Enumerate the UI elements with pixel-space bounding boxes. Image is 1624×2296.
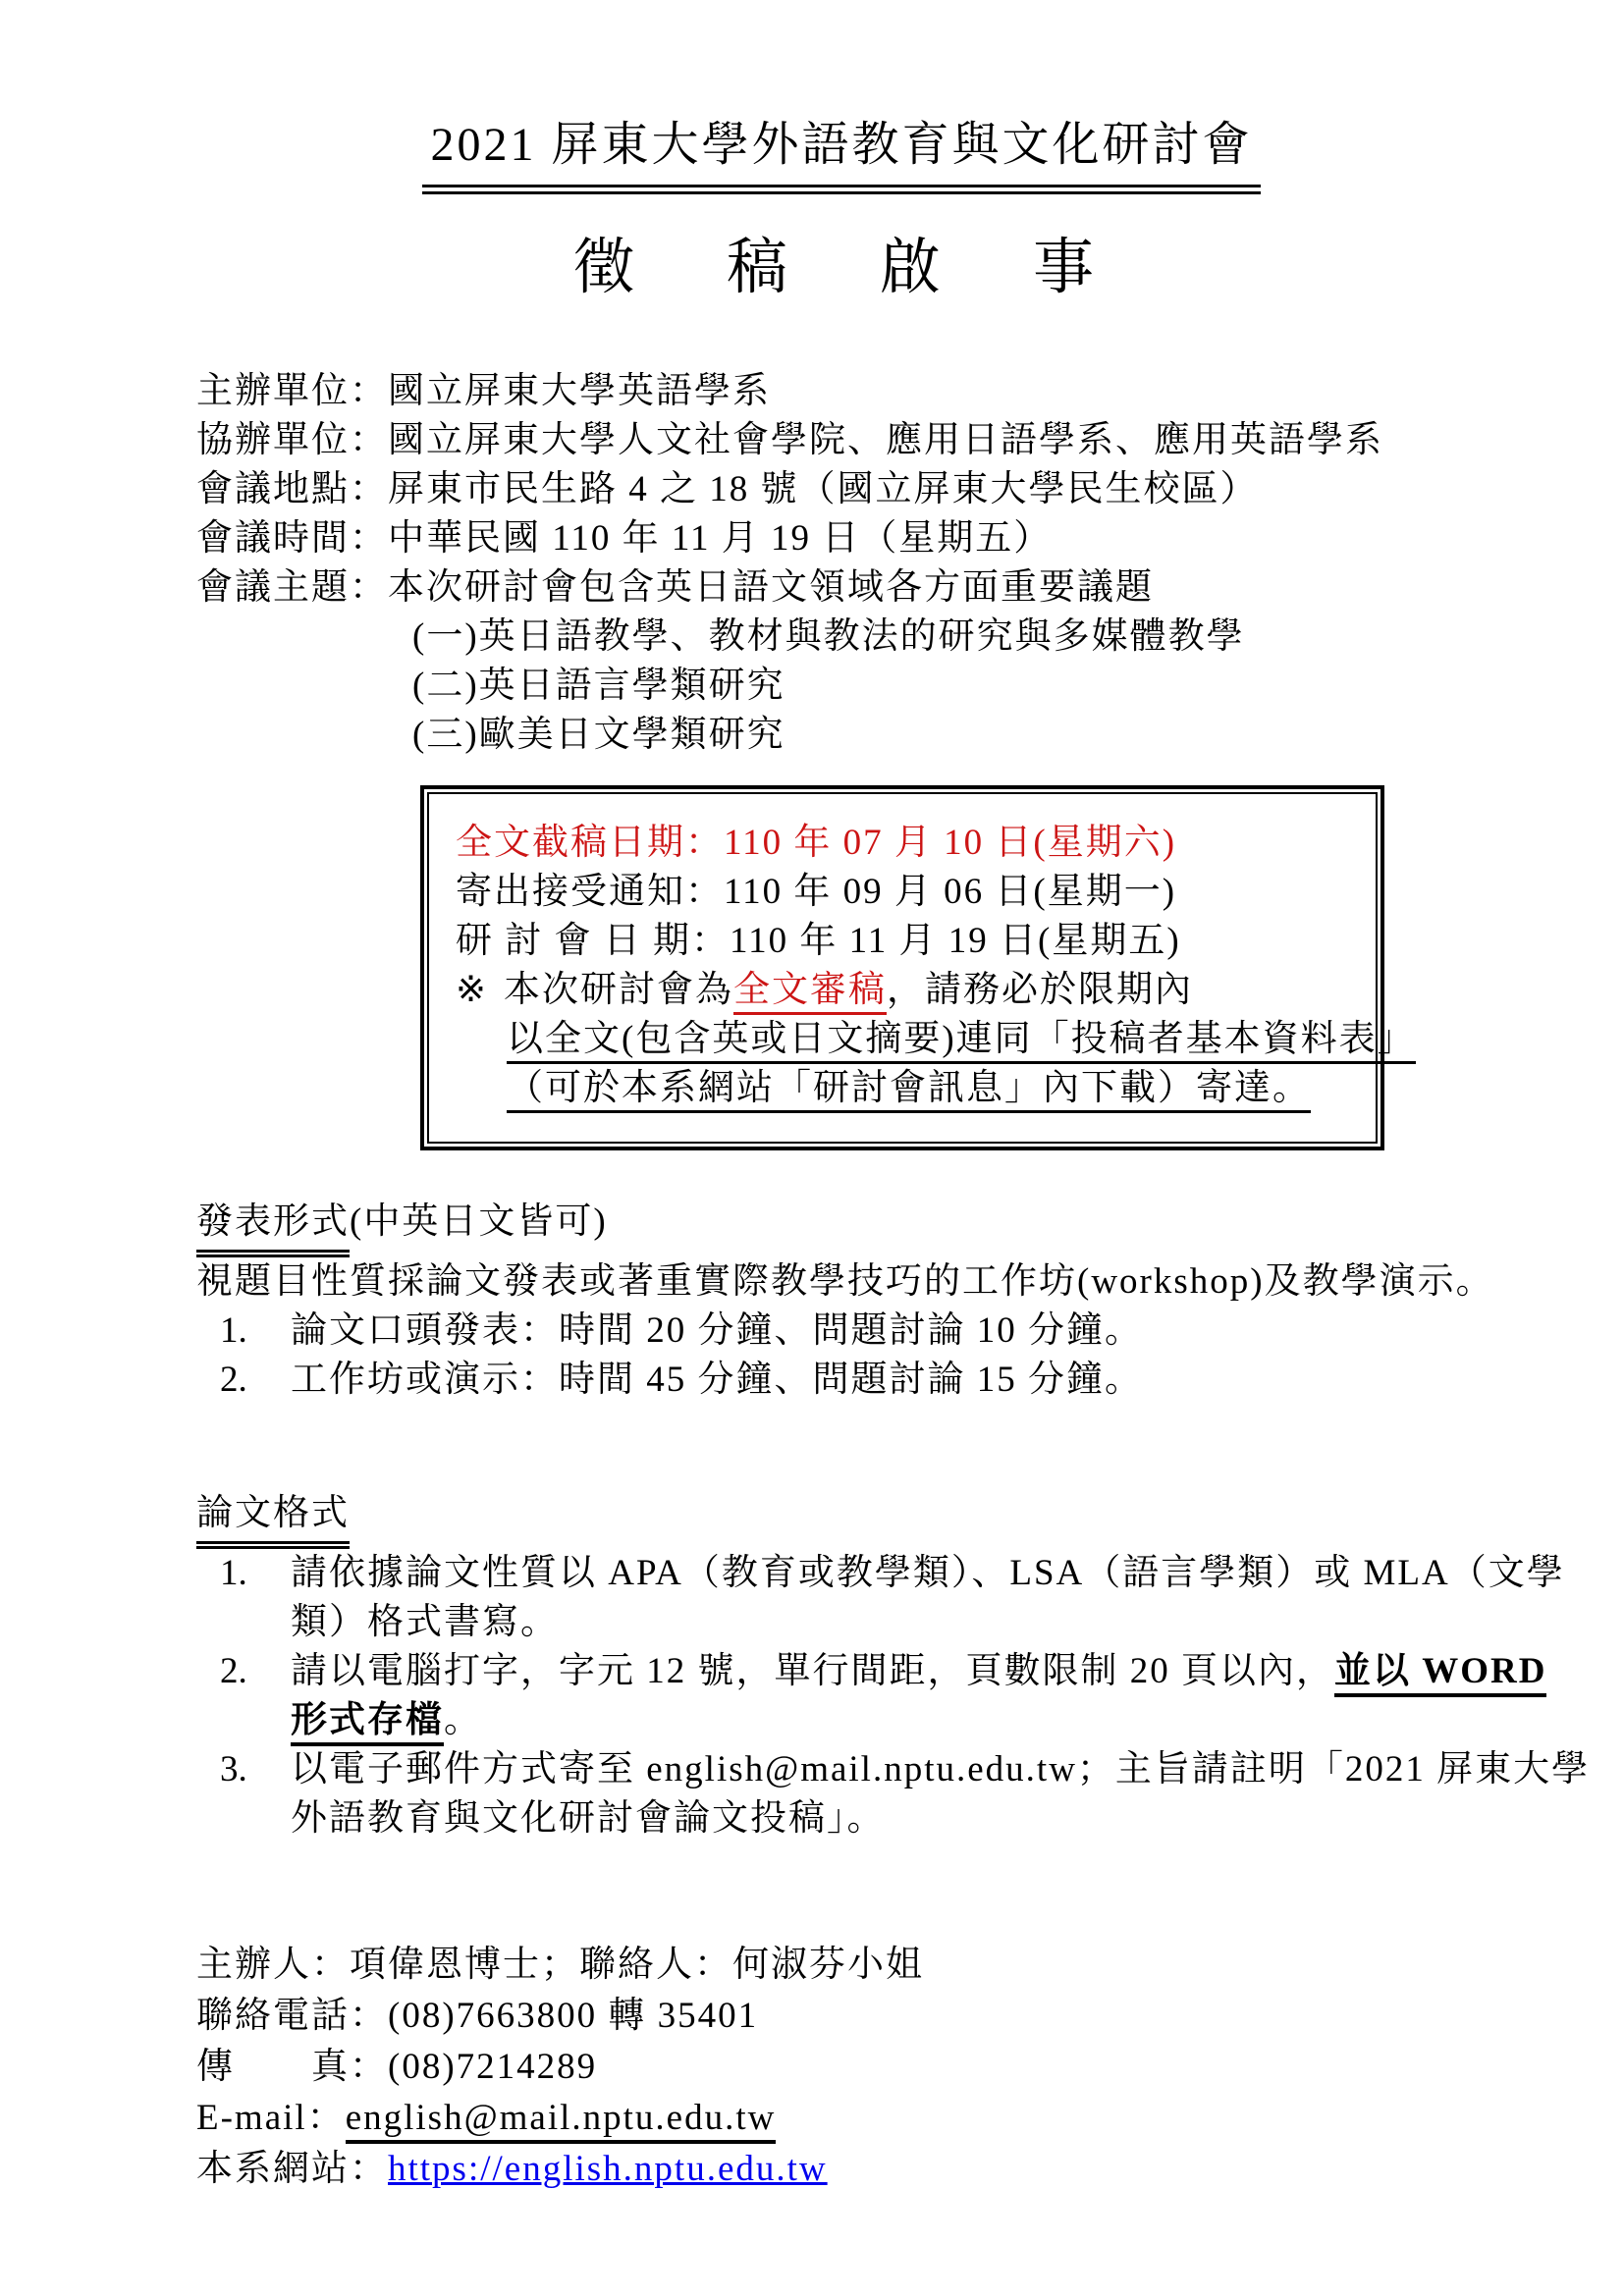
email-label: E-mail： [196,2098,346,2138]
topic-item-1: (一)英日語教學、教材與教法的研究與多媒體教學 [196,613,1487,662]
item2-normal-text: 請以電腦打字，字元 12 號，單行間距，頁數限制 20 頁以內， [291,1651,1334,1691]
department-website-link[interactable]: https://english.nptu.edu.tw [388,2149,828,2189]
list-item: 3. 以電子郵件方式寄至 english@mail.nptu.edu.tw；主旨… [196,1745,1487,1843]
paper-format-heading: 論文格式 [196,1489,1487,1549]
presentation-format-intro: 視題目性質採論文發表或著重實際教學技巧的工作坊(workshop)及教學演示。 [196,1257,1487,1307]
review-note-line-2: 以全文(包含英或日文摘要)連同「投稿者基本資料表」 [456,1015,1351,1064]
page-title: 2021 屏東大學外語教育與文化研討會 [196,116,1487,194]
info-line-co-organizer-unit: 協辦單位：國立屏東大學人文社會學院、應用日語學系、應用英語學系 [196,416,1487,465]
reference-mark-icon: ※ [456,970,488,1010]
contact-section: 主辦人：項偉恩博士；聯絡人：何淑芬小姐 聯絡電話：(08)7663800 轉 3… [196,1940,1487,2195]
paper-format-heading-text: 論文格式 [196,1489,350,1549]
list-number: 1. [196,1307,291,1356]
review-note-line-3: （可於本系網站「研討會訊息」內下載）寄達。 [456,1064,1351,1113]
list-item-line: 請依據論文性質以 APA（教育或教學類）、LSA（語言學類）或 MLA（文學 [291,1549,1565,1598]
paper-format-section: 論文格式 1. 請依據論文性質以 APA（教育或教學類）、LSA（語言學類）或 … [196,1489,1487,1843]
deadline-line-conference-date: 研 討 會 日 期：110 年 11 月 19 日(星期五) [456,917,1351,966]
deadline-line-acceptance-notice: 寄出接受通知：110 年 09 月 06 日(星期一) [456,868,1351,917]
item2-bold-word-requirement: 並以 WORD [1334,1651,1546,1697]
deadline-box: 全文截稿日期：110 年 07 月 10 日(星期六) 寄出接受通知：110 年… [420,785,1384,1150]
info-line-organizer-unit: 主辦單位：國立屏東大學英語學系 [196,367,1487,416]
page-subtitle: 徵 稿 啟 事 [196,230,1487,306]
list-item-text: 工作坊或演示：時間 45 分鐘、問題討論 15 分鐘。 [291,1356,1487,1405]
list-item: 1. 請依據論文性質以 APA（教育或教學類）、LSA（語言學類）或 MLA（文… [196,1549,1487,1647]
list-item-text: 請依據論文性質以 APA（教育或教學類）、LSA（語言學類）或 MLA（文學 類… [291,1549,1565,1647]
list-item: 1. 論文口頭發表：時間 20 分鐘、問題討論 10 分鐘。 [196,1307,1487,1356]
presentation-format-heading: 發表形式(中英日文皆可) [196,1198,1487,1257]
list-item-line: 外語教育與文化研討會論文投稿」。 [291,1794,1590,1843]
list-number: 3. [196,1745,291,1843]
info-line-date: 會議時間：中華民國 110 年 11 月 19 日（星期五） [196,514,1487,563]
contact-line-phone: 聯絡電話：(08)7663800 轉 35401 [196,1991,1487,2042]
presentation-format-heading-suffix: (中英日文皆可) [350,1201,608,1242]
review-note-line-1: ※本次研討會為全文審稿，請務必於限期內 [456,966,1351,1015]
website-label: 本系網站： [196,2149,388,2189]
list-item: 2. 工作坊或演示：時間 45 分鐘、問題討論 15 分鐘。 [196,1356,1487,1405]
list-item: 2. 請以電腦打字，字元 12 號，單行間距，頁數限制 20 頁以內，並以 WO… [196,1647,1487,1745]
topic-item-2: (二)英日語言學類研究 [196,662,1487,711]
list-item-line: 以電子郵件方式寄至 english@mail.nptu.edu.tw；主旨請註明… [291,1745,1590,1794]
list-number: 1. [196,1549,291,1647]
note-text-post: ，請務必於限期內 [887,970,1193,1010]
list-item-text: 論文口頭發表：時間 20 分鐘、問題討論 10 分鐘。 [291,1307,1487,1356]
contact-line-organizer: 主辦人：項偉恩博士；聯絡人：何淑芬小姐 [196,1940,1487,1991]
presentation-format-section: 發表形式(中英日文皆可) 視題目性質採論文發表或著重實際教學技巧的工作坊(wor… [196,1198,1487,1405]
presentation-format-heading-text: 發表形式 [196,1198,350,1257]
note-underlined-text-3: （可於本系網站「研討會訊息」內下載）寄達。 [507,1068,1311,1113]
deadline-line-fulltext-due: 全文截稿日期：110 年 07 月 10 日(星期六) [456,819,1351,868]
info-line-theme: 會議主題：本次研討會包含英日語文領域各方面重要議題 [196,563,1487,613]
contact-line-website: 本系網站：https://english.nptu.edu.tw [196,2144,1487,2195]
info-line-venue: 會議地點：屏東市民生路 4 之 18 號（國立屏東大學民生校區） [196,465,1487,514]
note-text-pre: 本次研討會為 [504,970,733,1010]
email-address-link[interactable]: english@mail.nptu.edu.tw [346,2098,777,2144]
topic-item-3: (三)歐美日文學類研究 [196,711,1487,760]
contact-line-email: E-mail：english@mail.nptu.edu.tw [196,2093,1487,2144]
contact-line-fax: 傳 真：(08)7214289 [196,2042,1487,2093]
item2-bold-word-requirement-cont: 形式存檔 [291,1700,444,1746]
conference-info: 主辦單位：國立屏東大學英語學系 協辦單位：國立屏東大學人文社會學院、應用日語學系… [196,367,1487,613]
conference-topics: (一)英日語教學、教材與教法的研究與多媒體教學 (二)英日語言學類研究 (三)歐… [196,613,1487,760]
list-item-text: 以電子郵件方式寄至 english@mail.nptu.edu.tw；主旨請註明… [291,1745,1590,1843]
list-item-line: 請以電腦打字，字元 12 號，單行間距，頁數限制 20 頁以內，並以 WORD [291,1647,1546,1696]
document-page: 2021 屏東大學外語教育與文化研討會 徵 稿 啟 事 主辦單位：國立屏東大學英… [0,0,1624,2296]
list-item-line: 類）格式書寫。 [291,1598,1565,1647]
list-number: 2. [196,1356,291,1405]
note-underlined-text-2: 以全文(包含英或日文摘要)連同「投稿者基本資料表」 [507,1019,1416,1064]
item2-period: 。 [444,1700,482,1740]
page-title-text: 2021 屏東大學外語教育與文化研討會 [422,116,1260,194]
list-item-text: 請以電腦打字，字元 12 號，單行間距，頁數限制 20 頁以內，並以 WORD … [291,1647,1546,1745]
list-item-line: 形式存檔。 [291,1696,1546,1745]
note-text-fulltext-review: 全文審稿 [733,970,887,1015]
list-number: 2. [196,1647,291,1745]
